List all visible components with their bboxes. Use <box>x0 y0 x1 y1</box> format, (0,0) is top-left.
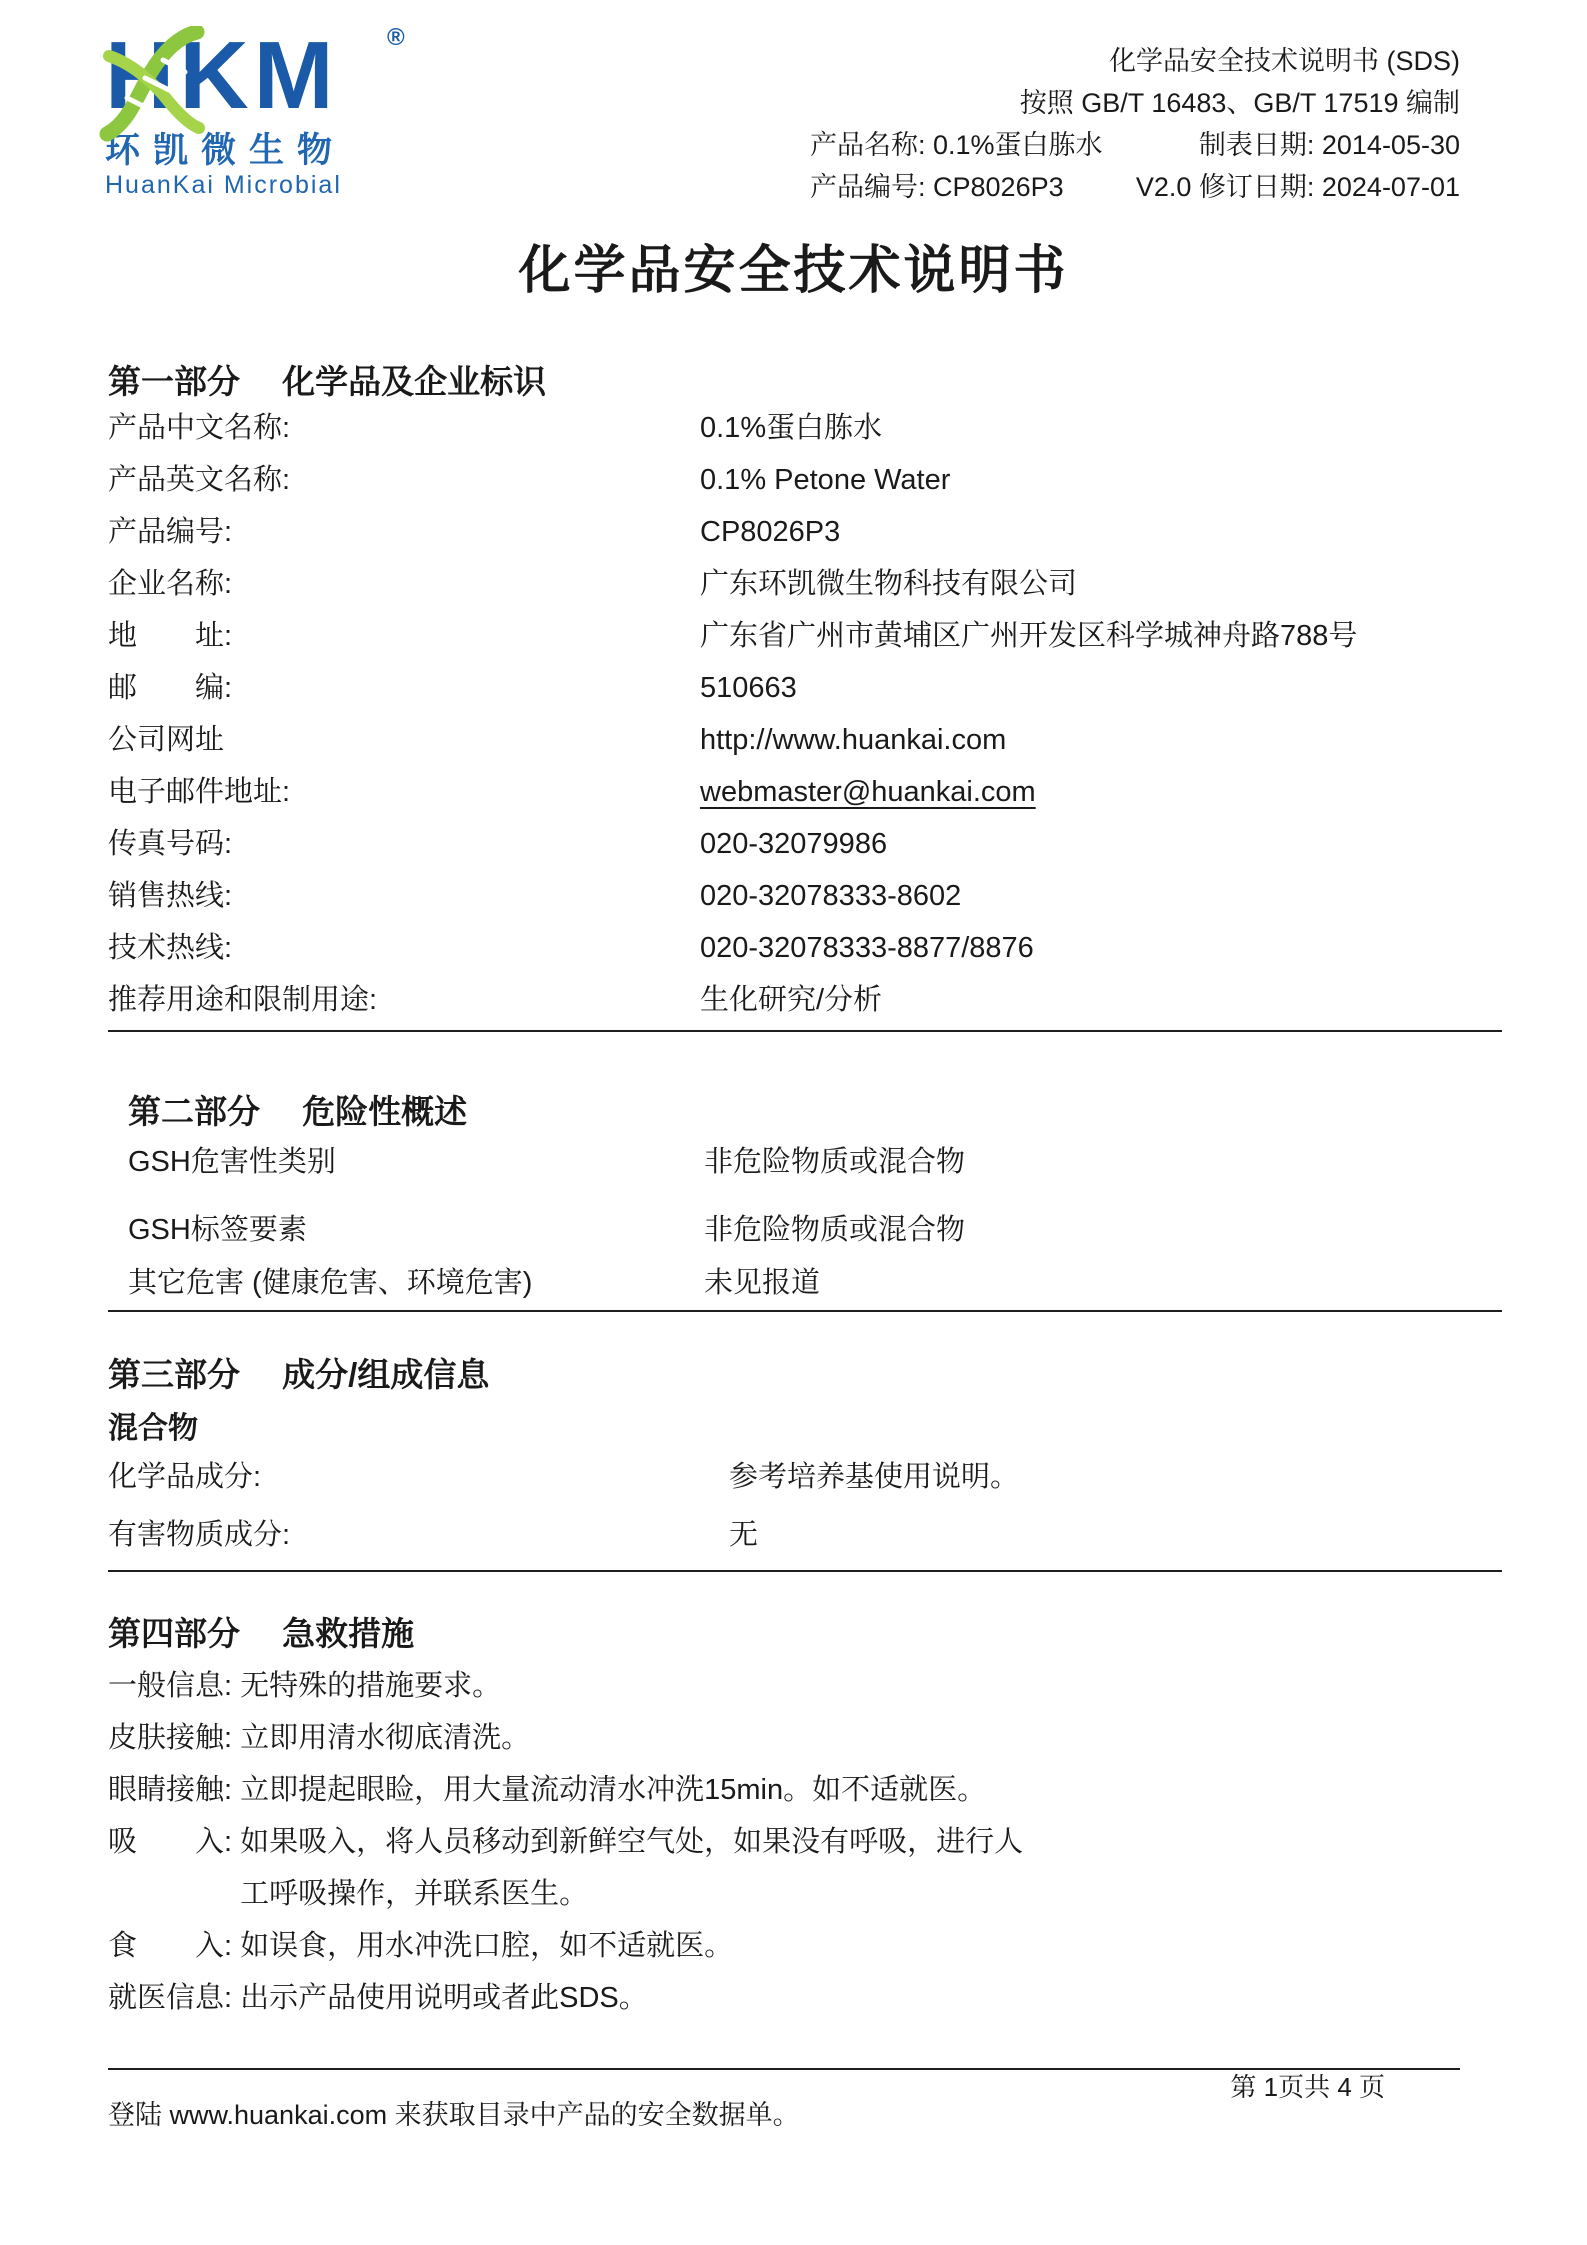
field-label: 化学品成分: <box>108 1460 729 1494</box>
logo-english-name: HuanKai Microbial <box>105 170 405 200</box>
standard-line: 按照 GB/T 16483、GB/T 17519 编制 <box>810 82 1460 124</box>
field-row: 电子邮件地址: webmaster@huankai.com <box>108 766 1505 818</box>
section-divider <box>108 1310 1502 1312</box>
field-row: 皮肤接触: 立即用清水彻底清洗。 <box>108 1712 1505 1764</box>
field-row: 企业名称: 广东环凯微生物科技有限公司 <box>108 558 1505 610</box>
revision-date: V2.0 修订日期: 2024-07-01 <box>1136 166 1460 208</box>
field-label: 销售热线: <box>108 870 700 922</box>
field-label: 地 址: <box>108 610 700 662</box>
field-value: 立即用清水彻底清洗。 <box>240 1712 1030 1764</box>
product-name-line: 产品名称: 0.1%蛋白胨水 制表日期: 2014-05-30 <box>810 124 1460 166</box>
tabulation-date: 制表日期: 2014-05-30 <box>1199 124 1460 166</box>
company-logo: HKM ® 环凯微生物 HuanKai Microbial <box>105 24 405 200</box>
field-row: 产品编号: CP8026P3 <box>108 506 1505 558</box>
registered-trademark-icon: ® <box>387 26 405 50</box>
field-value: 参考培养基使用说明。 <box>729 1460 1505 1494</box>
section-composition: 第三部分 成分/组成信息 混合物 化学品成分: 参考培养基使用说明。有害物质成分… <box>108 1355 1505 1552</box>
field-label: 公司网址 <box>108 714 700 766</box>
logo-hkm-text: HKM <box>105 22 339 129</box>
field-row: 推荐用途和限制用途: 生化研究/分析 <box>108 974 1505 1026</box>
field-row: 有害物质成分: 无 <box>108 1518 1505 1552</box>
section-divider <box>108 1030 1502 1032</box>
product-name: 产品名称: 0.1%蛋白胨水 <box>810 124 1103 166</box>
field-value: 出示产品使用说明或者此SDS。 <box>240 1972 1030 2024</box>
field-label: 推荐用途和限制用途: <box>108 974 700 1026</box>
section-1-rows: 产品中文名称: 0.1%蛋白胨水产品英文名称: 0.1% Petone Wate… <box>108 402 1505 1026</box>
field-label: 有害物质成分: <box>108 1518 729 1552</box>
field-label: 吸 入: <box>108 1816 240 1868</box>
field-value: 立即提起眼睑，用大量流动清水冲洗15min。如不适就医。 <box>240 1764 1030 1816</box>
field-label: 电子邮件地址: <box>108 766 700 818</box>
field-label: 产品编号: <box>108 506 700 558</box>
section-heading: 第三部分 成分/组成信息 <box>108 1355 1505 1412</box>
field-value: 020-32078333-8602 <box>700 870 1505 922</box>
footer-divider <box>108 2068 1460 2070</box>
field-label: GSH标签要素 <box>128 1213 704 1247</box>
field-value: 如误食，用水冲洗口腔，如不适就医。 <box>240 1920 1030 1972</box>
field-row: 化学品成分: 参考培养基使用说明。 <box>108 1460 1505 1494</box>
field-label: 技术热线: <box>108 922 700 974</box>
field-value: 非危险物质或混合物 <box>704 1145 1505 1179</box>
product-code: 产品编号: CP8026P3 <box>810 166 1064 208</box>
field-label: GSH危害性类别 <box>128 1145 704 1179</box>
field-value: http://www.huankai.com <box>700 714 1505 766</box>
sds-document-page: HKM ® 环凯微生物 HuanKai Microbial 化学品安全技术说明书… <box>0 0 1587 2245</box>
footer-note: 登陆 www.huankai.com 来获取目录中产品的安全数据单。 <box>108 2098 800 2132</box>
section-heading: 第二部分 危险性概述 <box>128 1092 1505 1145</box>
field-row: GSH危害性类别非危险物质或混合物 <box>128 1145 1505 1179</box>
field-row: 眼睛接触: 立即提起眼睑，用大量流动清水冲洗15min。如不适就医。 <box>108 1764 1505 1816</box>
page-number: 第 1页共 4 页 <box>1230 2072 1385 2102</box>
field-label: 皮肤接触: <box>108 1712 240 1764</box>
field-row: 一般信息: 无特殊的措施要求。 <box>108 1660 1505 1712</box>
field-value: 非危险物质或混合物 <box>704 1213 1505 1247</box>
field-value: 0.1% Petone Water <box>700 454 1505 506</box>
field-label: 食 入: <box>108 1920 240 1972</box>
field-value: 无特殊的措施要求。 <box>240 1660 1030 1712</box>
section-4-rows: 一般信息: 无特殊的措施要求。皮肤接触: 立即用清水彻底清洗。眼睛接触: 立即提… <box>108 1660 1505 2024</box>
field-row: 食 入: 如误食，用水冲洗口腔，如不适就医。 <box>108 1920 1505 1972</box>
field-value: 020-32079986 <box>700 818 1505 870</box>
field-label: 眼睛接触: <box>108 1764 240 1816</box>
section-heading: 第四部分 急救措施 <box>108 1614 1505 1660</box>
field-row: 产品中文名称: 0.1%蛋白胨水 <box>108 402 1505 454</box>
field-row: 邮 编: 510663 <box>108 662 1505 714</box>
field-row: 传真号码: 020-32079986 <box>108 818 1505 870</box>
email-link[interactable]: webmaster@huankai.com <box>700 766 1036 818</box>
logo-mark: HKM ® <box>105 24 405 128</box>
field-label: 一般信息: <box>108 1660 240 1712</box>
field-label: 产品中文名称: <box>108 402 700 454</box>
section-hazards: 第二部分 危险性概述 GSH危害性类别非危险物质或混合物GSH标签要素非危险物质… <box>108 1092 1505 1300</box>
field-label: 传真号码: <box>108 818 700 870</box>
field-row: GSH标签要素非危险物质或混合物 <box>128 1213 1505 1247</box>
field-label: 其它危害 (健康危害、环境危害) <box>128 1266 704 1300</box>
logo-chinese-name: 环凯微生物 <box>105 132 405 170</box>
field-row: 就医信息: 出示产品使用说明或者此SDS。 <box>108 1972 1505 2024</box>
field-label: 产品英文名称: <box>108 454 700 506</box>
field-label: 邮 编: <box>108 662 700 714</box>
section-first-aid: 第四部分 急救措施 一般信息: 无特殊的措施要求。皮肤接触: 立即用清水彻底清洗… <box>108 1614 1505 2024</box>
field-value: 未见报道 <box>704 1266 1505 1300</box>
field-row: 销售热线: 020-32078333-8602 <box>108 870 1505 922</box>
doc-type-line: 化学品安全技术说明书 (SDS) <box>810 40 1460 82</box>
field-row: 其它危害 (健康危害、环境危害)未见报道 <box>128 1266 1505 1300</box>
page-title: 化学品安全技术说明书 <box>0 228 1587 303</box>
field-value: CP8026P3 <box>700 506 1505 558</box>
document-header: 化学品安全技术说明书 (SDS) 按照 GB/T 16483、GB/T 1751… <box>810 40 1460 208</box>
field-row: 吸 入: 如果吸入，将人员移动到新鲜空气处，如果没有呼吸，进行人工呼吸操作，并联… <box>108 1816 1505 1920</box>
section-3-rows: 化学品成分: 参考培养基使用说明。有害物质成分: 无 <box>108 1460 1505 1552</box>
field-label: 就医信息: <box>108 1972 240 2024</box>
section-divider <box>108 1570 1502 1572</box>
section-heading: 第一部分 化学品及企业标识 <box>108 362 1505 402</box>
field-value: 广东环凯微生物科技有限公司 <box>700 558 1505 610</box>
section-2-rows: GSH危害性类别非危险物质或混合物GSH标签要素非危险物质或混合物其它危害 (健… <box>128 1145 1505 1300</box>
field-value: 广东省广州市黄埔区广州开发区科学城神舟路788号 <box>700 610 1505 662</box>
field-value: 生化研究/分析 <box>700 974 1505 1026</box>
subsection-heading: 混合物 <box>108 1412 1505 1460</box>
product-code-line: 产品编号: CP8026P3 V2.0 修订日期: 2024-07-01 <box>810 166 1460 208</box>
field-value: 0.1%蛋白胨水 <box>700 402 1505 454</box>
field-row: 公司网址http://www.huankai.com <box>108 714 1505 766</box>
field-value: 无 <box>729 1518 1505 1552</box>
field-row: 产品英文名称: 0.1% Petone Water <box>108 454 1505 506</box>
field-label: 企业名称: <box>108 558 700 610</box>
field-value: 如果吸入，将人员移动到新鲜空气处，如果没有呼吸，进行人工呼吸操作，并联系医生。 <box>240 1816 1030 1920</box>
field-value: 510663 <box>700 662 1505 714</box>
section-identification: 第一部分 化学品及企业标识 产品中文名称: 0.1%蛋白胨水产品英文名称: 0.… <box>108 362 1505 1026</box>
field-row: 技术热线: 020-32078333-8877/8876 <box>108 922 1505 974</box>
field-value: 020-32078333-8877/8876 <box>700 922 1505 974</box>
field-row: 地 址: 广东省广州市黄埔区广州开发区科学城神舟路788号 <box>108 610 1505 662</box>
